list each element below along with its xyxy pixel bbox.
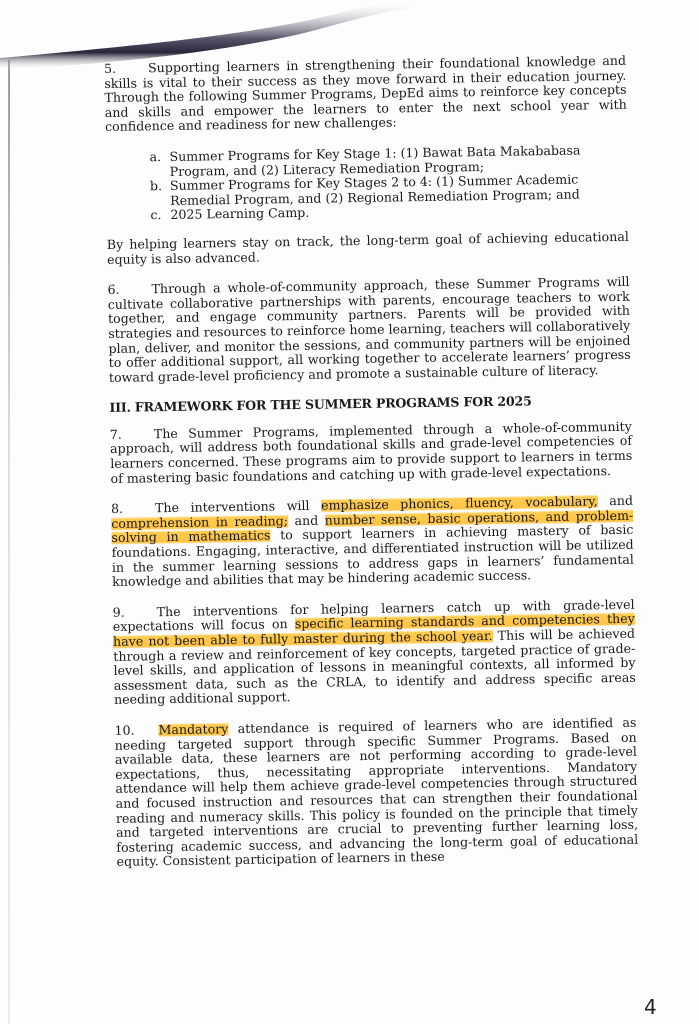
page-edge-shadow [8,60,10,1024]
paragraph-7: 7.The Summer Programs, implemented throu… [110,420,633,487]
paragraph-10: 10.Mandatory attendance is required of l… [114,716,638,870]
paragraph-5: 5.Supporting learners in strengthening t… [104,54,627,135]
document-body: 5.Supporting learners in strengthening t… [104,54,639,886]
paragraph-5-closing: By helping learners stay on track, the l… [107,230,629,267]
section-heading: III. FRAMEWORK FOR THE SUMMER PROGRAMS F… [109,393,631,416]
paragraph-6: 6.Through a whole-of-community approach,… [107,275,631,385]
paragraph-text: The Summer Programs, implemented through… [110,419,632,486]
highlighted-text: Mandatory [158,721,228,737]
paragraph-text: Supporting learners in strengthening the… [104,53,627,135]
page-number: 4 [644,995,657,1019]
paragraph-9: 9.The interventions for helping learners… [113,598,637,708]
summer-programs-list: a.Summer Programs for Key Stage 1: (1) B… [149,143,628,223]
paragraph-8: 8.The interventions will emphasize phoni… [111,494,634,590]
paragraph-text: Through a whole-of-community approach, t… [108,274,631,385]
